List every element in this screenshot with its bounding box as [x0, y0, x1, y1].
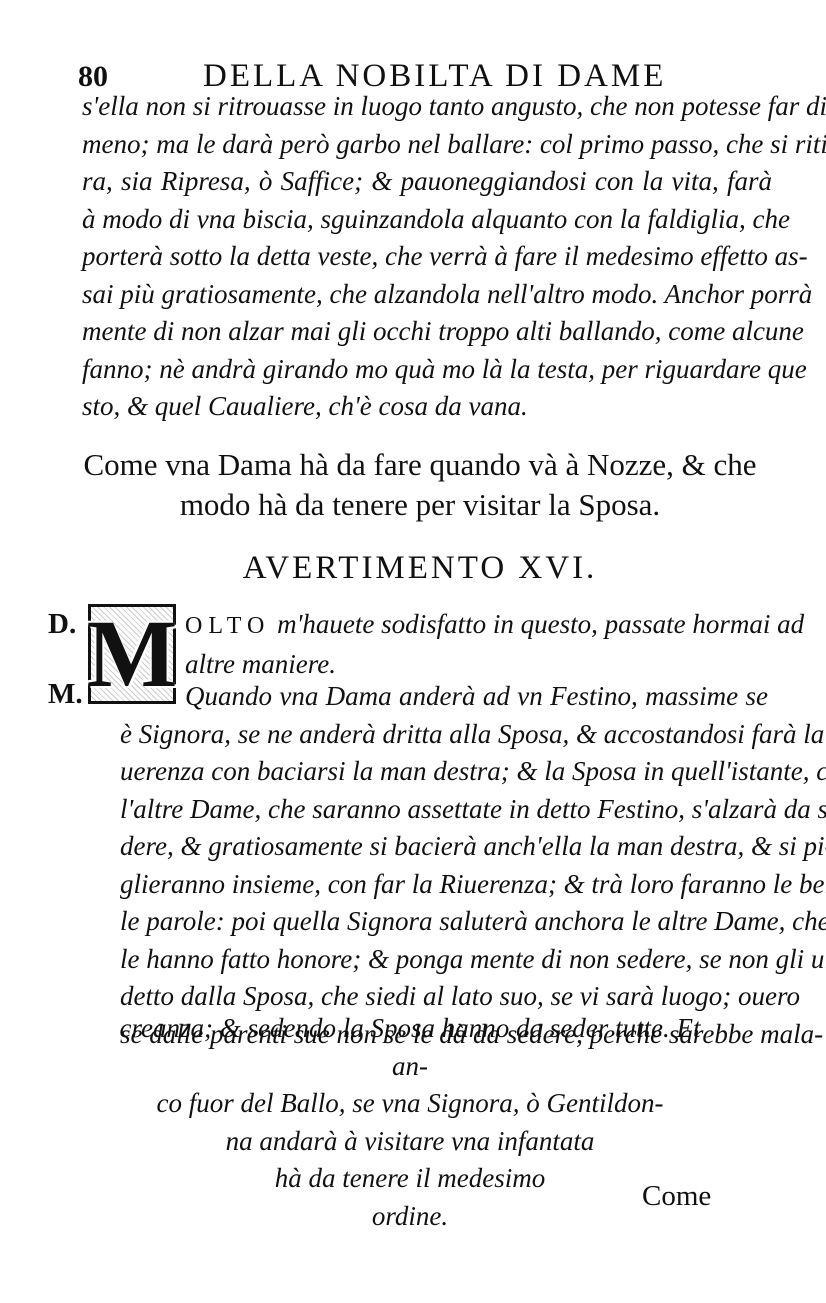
text-line: porterà sotto la detta veste, che verrà …: [82, 238, 772, 276]
text-line: è Signora, se ne anderà dritta alla Spos…: [120, 716, 768, 754]
text-line: l'altre Dame, che saranno assettate in d…: [120, 791, 768, 829]
text-line: mente di non alzar mai gli occhi troppo …: [82, 313, 772, 351]
text-line: hà da tenere il medesimo: [100, 1160, 720, 1198]
text-line: creanza; & sedendo la Sposa hanno da sed…: [100, 1010, 720, 1085]
book-page: 80 DELLA NOBILTA DI DAME s'ella non si r…: [0, 0, 826, 1303]
chapter-heading: Come vna Dama hà da fare quando và à Noz…: [60, 445, 780, 525]
text-line: m'hauete sodisfatto in questo, passate h…: [277, 609, 804, 639]
text-line: s'ella non si ritrouasse in luogo tanto …: [82, 88, 772, 126]
heading-line: Come vna Dama hà da fare quando và à Noz…: [60, 445, 780, 485]
speaker-m: M.: [48, 678, 83, 711]
section-title: AVERTIMENTO XVI.: [60, 548, 780, 588]
text-line: ra, sia Ripresa, ò Saffice; & pauoneggia…: [82, 163, 772, 201]
text-line: na andarà à visitare vna infantata: [100, 1123, 720, 1161]
text-line: Quando vna Dama anderà ad vn Festino, ma…: [120, 678, 768, 716]
catchword: Come: [642, 1180, 711, 1213]
heading-line: modo hà da tenere per visitar la Sposa.: [60, 485, 780, 525]
text-line: fanno; nè andrà girando mo quà mo là la …: [82, 351, 772, 389]
tapered-ending: creanza; & sedendo la Sposa hanno da sed…: [100, 1010, 720, 1235]
text-line: à modo di vna biscia, sguinzandola alqua…: [82, 201, 772, 239]
speaker-d: D.: [48, 608, 76, 641]
text-line: le parole: poi quella Signora saluterà a…: [120, 903, 768, 941]
text-line: sto, & quel Caualiere, ch'è cosa da vana…: [82, 388, 772, 426]
paragraph-continued: s'ella non si ritrouasse in luogo tanto …: [82, 88, 772, 426]
text-line: glieranno insieme, con far la Riuerenza;…: [120, 866, 768, 904]
speaker-m-text: Quando vna Dama anderà ad vn Festino, ma…: [120, 678, 768, 1053]
speaker-d-text: OLTO m'hauete sodisfatto in questo, pass…: [185, 606, 765, 683]
text-line: ordine.: [100, 1198, 720, 1236]
text-line: uerenza con baciarsi la man destra; & la…: [120, 753, 768, 791]
text-line: le hanno fatto honore; & ponga mente di …: [120, 941, 768, 979]
text-line: meno; ma le darà però garbo nel ballare:…: [82, 126, 772, 164]
text-line: co fuor del Ballo, se vna Signora, ò Gen…: [100, 1085, 720, 1123]
text-line: dere, & gratiosamente si bacierà anch'el…: [120, 828, 768, 866]
opening-smallcaps: OLTO: [185, 613, 270, 639]
text-line: sai più gratiosamente, che alzandola nel…: [82, 276, 772, 314]
